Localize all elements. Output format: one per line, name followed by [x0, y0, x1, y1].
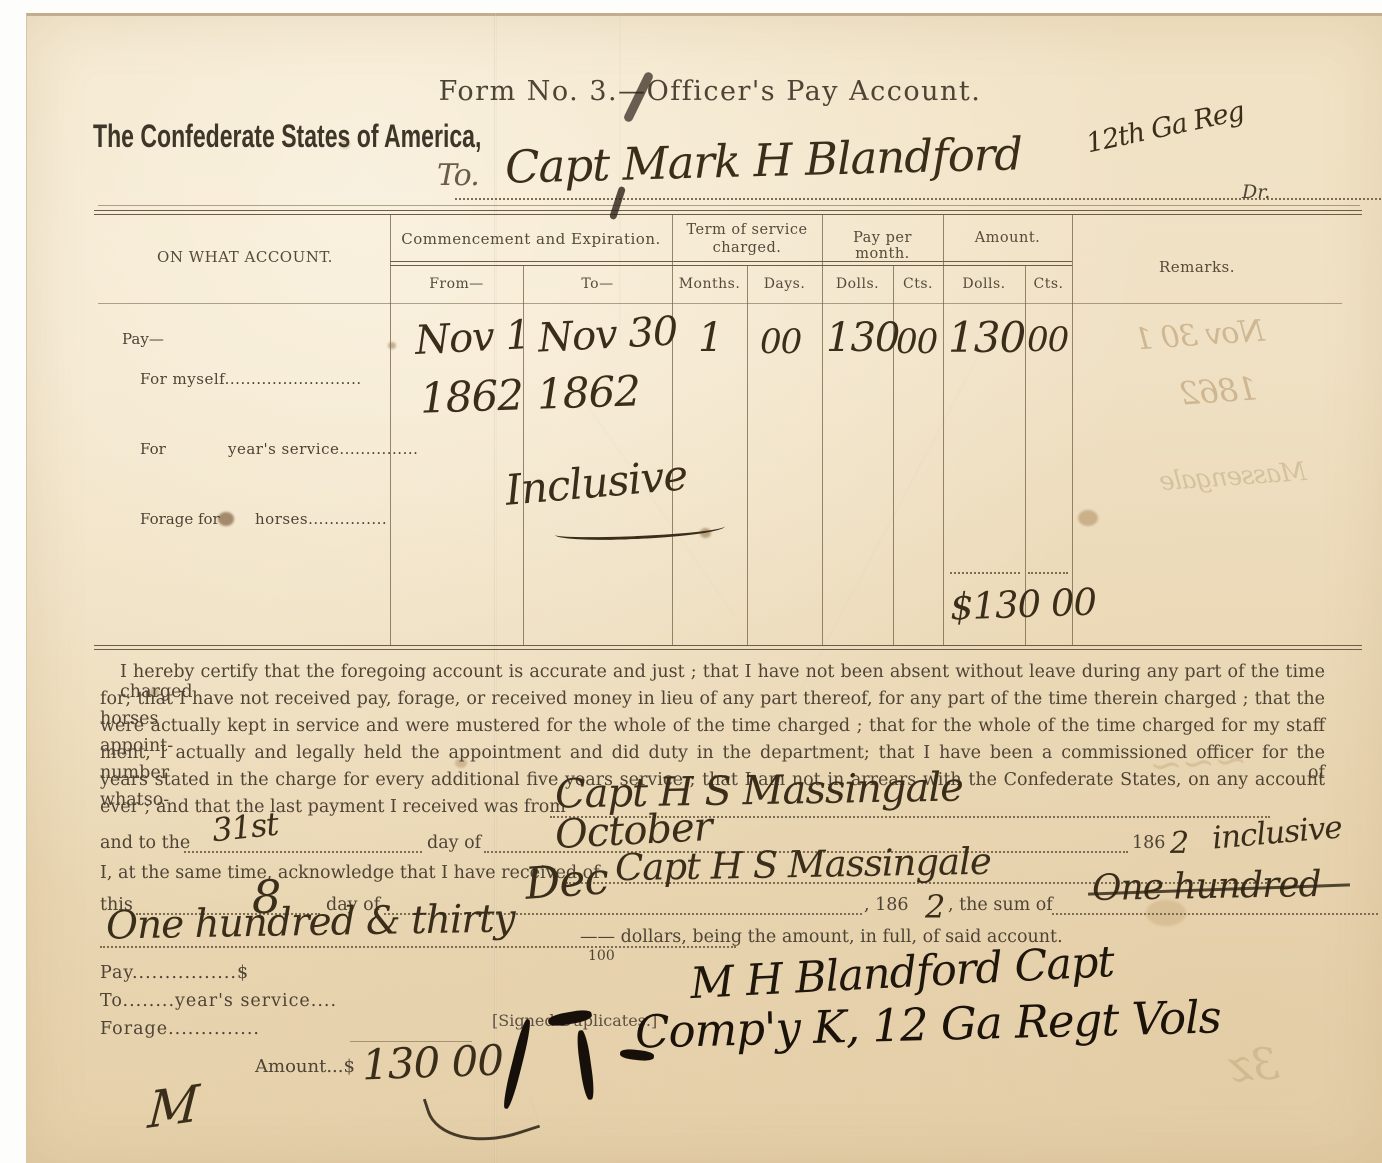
- day-31st-handwritten: 31st: [210, 805, 280, 850]
- entry-to-year: 1862: [536, 366, 641, 419]
- entry-from-month: Nov 1: [414, 312, 531, 364]
- row-label-for-myself: For myself..........................: [140, 370, 362, 388]
- table-column-line: [672, 215, 673, 645]
- row-label-for: For: [140, 440, 166, 458]
- subheader-days: Days.: [749, 276, 820, 292]
- bottom-mark-handwritten: M: [146, 1074, 200, 1140]
- sum-dotted: [1052, 911, 1378, 915]
- table-subcolumn-line: [747, 266, 748, 645]
- subheader-cts-pay: Cts.: [895, 276, 941, 292]
- footer-pay-line: Pay................$: [100, 963, 249, 983]
- subheader-from: From—: [392, 276, 521, 292]
- fraction-100: 100: [588, 948, 615, 964]
- entry-pay-cts: 00: [896, 322, 937, 362]
- footer-to-years-line: To........year's service....: [100, 991, 337, 1011]
- subheader-dolls-pay: Dolls.: [824, 276, 891, 292]
- year-186-label-2: , 186: [864, 895, 909, 915]
- year-digit-handwritten: 2: [1170, 826, 1188, 861]
- table-column-line: [390, 215, 391, 645]
- year-186-label: 186: [1132, 833, 1165, 853]
- col-header-commencement: Commencement and Expiration.: [392, 230, 670, 248]
- entry-amount-dolls: 130: [948, 313, 1025, 362]
- entry-days: 00: [760, 322, 801, 362]
- row-label-years-service: year's service...............: [228, 440, 418, 458]
- entry-total-amount: $130 00: [949, 580, 1096, 628]
- footer-forage-line: Forage..............: [100, 1019, 260, 1039]
- amount-total-dotted: [950, 570, 1020, 574]
- col-header-on-what-account: ON WHAT ACCOUNT.: [105, 248, 385, 266]
- subheader-rule: [98, 303, 1342, 304]
- entry-from-year: 1862: [419, 370, 524, 423]
- nation-title: The Confederate States of America,: [93, 118, 481, 155]
- amount-words-handwritten: One hundred & thirty: [106, 896, 515, 948]
- col-header-pay-per-month: Pay per month.: [824, 230, 941, 262]
- header-hairline: [98, 205, 1360, 206]
- row-label-pay: Pay—: [122, 330, 164, 348]
- entry-pay-dolls: 130: [826, 315, 899, 361]
- entry-amount-cts: 00: [1027, 320, 1068, 360]
- date-dotted: [184, 849, 422, 853]
- subheader-months: Months.: [674, 276, 745, 292]
- subheader-dolls-amount: Dolls.: [945, 276, 1023, 292]
- table-column-line: [822, 215, 823, 645]
- to-label: To.: [437, 158, 479, 193]
- col-header-remarks: Remarks.: [1074, 258, 1320, 276]
- certification-line6-prefix: ever ; and that the last payment I recei…: [100, 797, 566, 817]
- month-dec-handwritten: Dec: [523, 853, 609, 910]
- table-bottom-rule: [94, 645, 1362, 650]
- day-of-label: day of: [427, 833, 481, 853]
- stain: [1078, 510, 1098, 526]
- col-header-term-line2: charged.: [674, 240, 820, 256]
- group-header-rule: [390, 261, 1072, 266]
- form-title: Form No. 3.—Officer's Pay Account.: [340, 76, 1080, 107]
- ghost-bleedthrough-scrawl: 3z: [1228, 1038, 1281, 1092]
- table-column-line: [943, 215, 944, 645]
- amount-total-dotted: [1028, 570, 1068, 574]
- row-label-horses: horses...............: [255, 510, 387, 528]
- col-header-amount: Amount.: [945, 230, 1070, 246]
- entry-to-month: Nov 30: [537, 308, 679, 361]
- payee-dotted-line: [455, 196, 1382, 200]
- stain: [218, 512, 234, 526]
- amount-label: Amount...$: [255, 1056, 355, 1077]
- sum-of-label: , the sum of: [948, 895, 1053, 915]
- subheader-cts-amount: Cts.: [1027, 276, 1070, 292]
- col-header-term-line1: Term of service: [674, 222, 820, 238]
- document-scan: Nov 30 1 1862 Massengale ~~~ 3z Form No.…: [0, 0, 1382, 1163]
- year-digit-handwritten-2: 2: [925, 888, 944, 926]
- received-of-handwritten: Capt H S Massingale: [615, 840, 992, 890]
- ghost-bleedthrough-text: 1862: [1179, 369, 1259, 412]
- subheader-to: To—: [525, 276, 670, 292]
- header-double-rule: [94, 210, 1362, 215]
- and-to-the-label: and to the: [100, 833, 190, 853]
- fold-crease-vertical: [494, 13, 497, 1163]
- row-label-forage-for: Forage for: [140, 510, 220, 528]
- entry-months: 1: [698, 315, 722, 361]
